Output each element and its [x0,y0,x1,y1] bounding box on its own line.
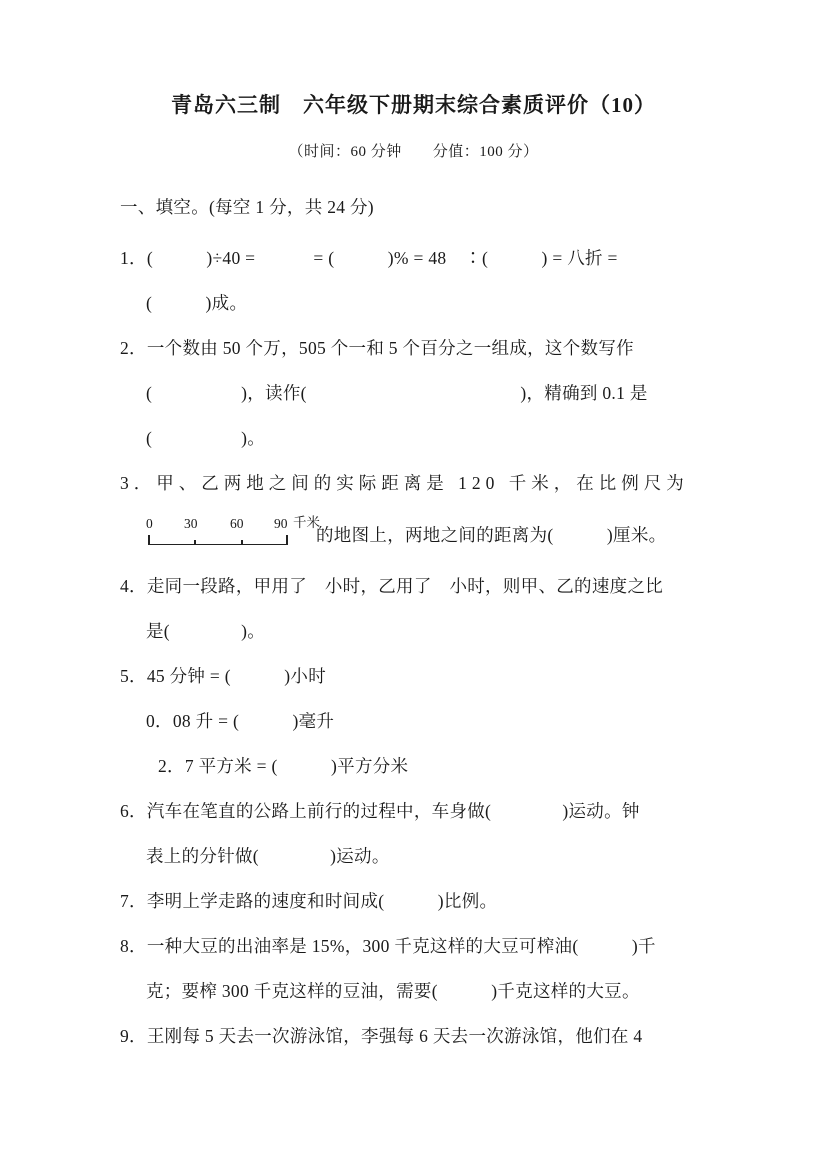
question-5-line-2: 0．08 升 = ( )毫升 [120,699,716,744]
question-1-line-2: ( )成。 [120,281,716,326]
scale-ruler-line [148,535,288,545]
scale-tick-label-90: 90 [274,517,288,531]
scale-unit-label: 千米 [293,516,320,530]
section-1-heading: 一、填空。(每空 1 分，共 24 分) [120,185,716,230]
scale-tick-mark [148,535,150,544]
question-1-line-1: 1．( )÷40 = = ( )% = 48 ∶( ) = 八折 = [120,236,716,281]
question-7-line-1: 7．李明上学走路的速度和时间成( )比例。 [120,879,716,924]
scale-tick-mark [241,540,243,544]
question-6-line-2: 表上的分针做( )运动。 [120,834,716,879]
question-6-line-1: 6．汽车在笔直的公路上前行的过程中，车身做( )运动。钟 [120,789,716,834]
scale-tick-mark [286,535,288,544]
exam-title: 青岛六三制 六年级下册期末综合素质评价（10） [0,0,827,118]
question-4-line-1: 4．走同一段路，甲用了 小时，乙用了 小时，则甲、乙的速度之比 [120,564,716,609]
question-3-line-1: 3．甲、乙两地之间的实际距离是 120 千米，在比例尺为 [120,461,716,506]
question-8-line-2: 克；要榨 300 千克这样的豆油，需要( )千克这样的大豆。 [120,969,716,1014]
exam-paper-page: 青岛六三制 六年级下册期末综合素质评价（10） （时间：60 分钟 分值：100… [0,0,827,1169]
question-5-line-1: 5．45 分钟 = ( )小时 [120,654,716,699]
exam-meta: （时间：60 分钟 分值：100 分） [0,140,827,161]
scale-tick-label-30: 30 [184,517,198,531]
question-4-line-2: 是( )。 [120,609,716,654]
question-3-line-2-text: 的地图上，两地之间的距离为( )厘米。 [316,525,666,545]
question-3-line-2: 0 30 60 90 千米 的地图上，两地之间的距离为( )厘米。 [120,506,716,564]
scale-tick-mark [194,540,196,544]
exam-body: 一、填空。(每空 1 分，共 24 分) 1．( )÷40 = = ( )% =… [120,185,716,1059]
question-9-line-1: 9．王刚每 5 天去一次游泳馆，李强每 6 天去一次游泳馆，他们在 4 [120,1014,716,1059]
scale-tick-label-60: 60 [230,517,244,531]
question-2-line-3: ( )。 [120,416,716,461]
question-8-line-1: 8．一种大豆的出油率是 15%，300 千克这样的大豆可榨油( )千 [120,924,716,969]
question-5-line-3: 2．7 平方米 = ( )平方分米 [120,744,716,789]
map-scale-bar: 0 30 60 90 千米 [146,515,316,551]
scale-tick-label-0: 0 [146,517,153,531]
question-2-line-1: 2．一个数由 50 个万，505 个一和 5 个百分之一组成，这个数写作 [120,326,716,371]
question-2-line-2: ( )，读作( )，精确到 0.1 是 [120,371,716,416]
